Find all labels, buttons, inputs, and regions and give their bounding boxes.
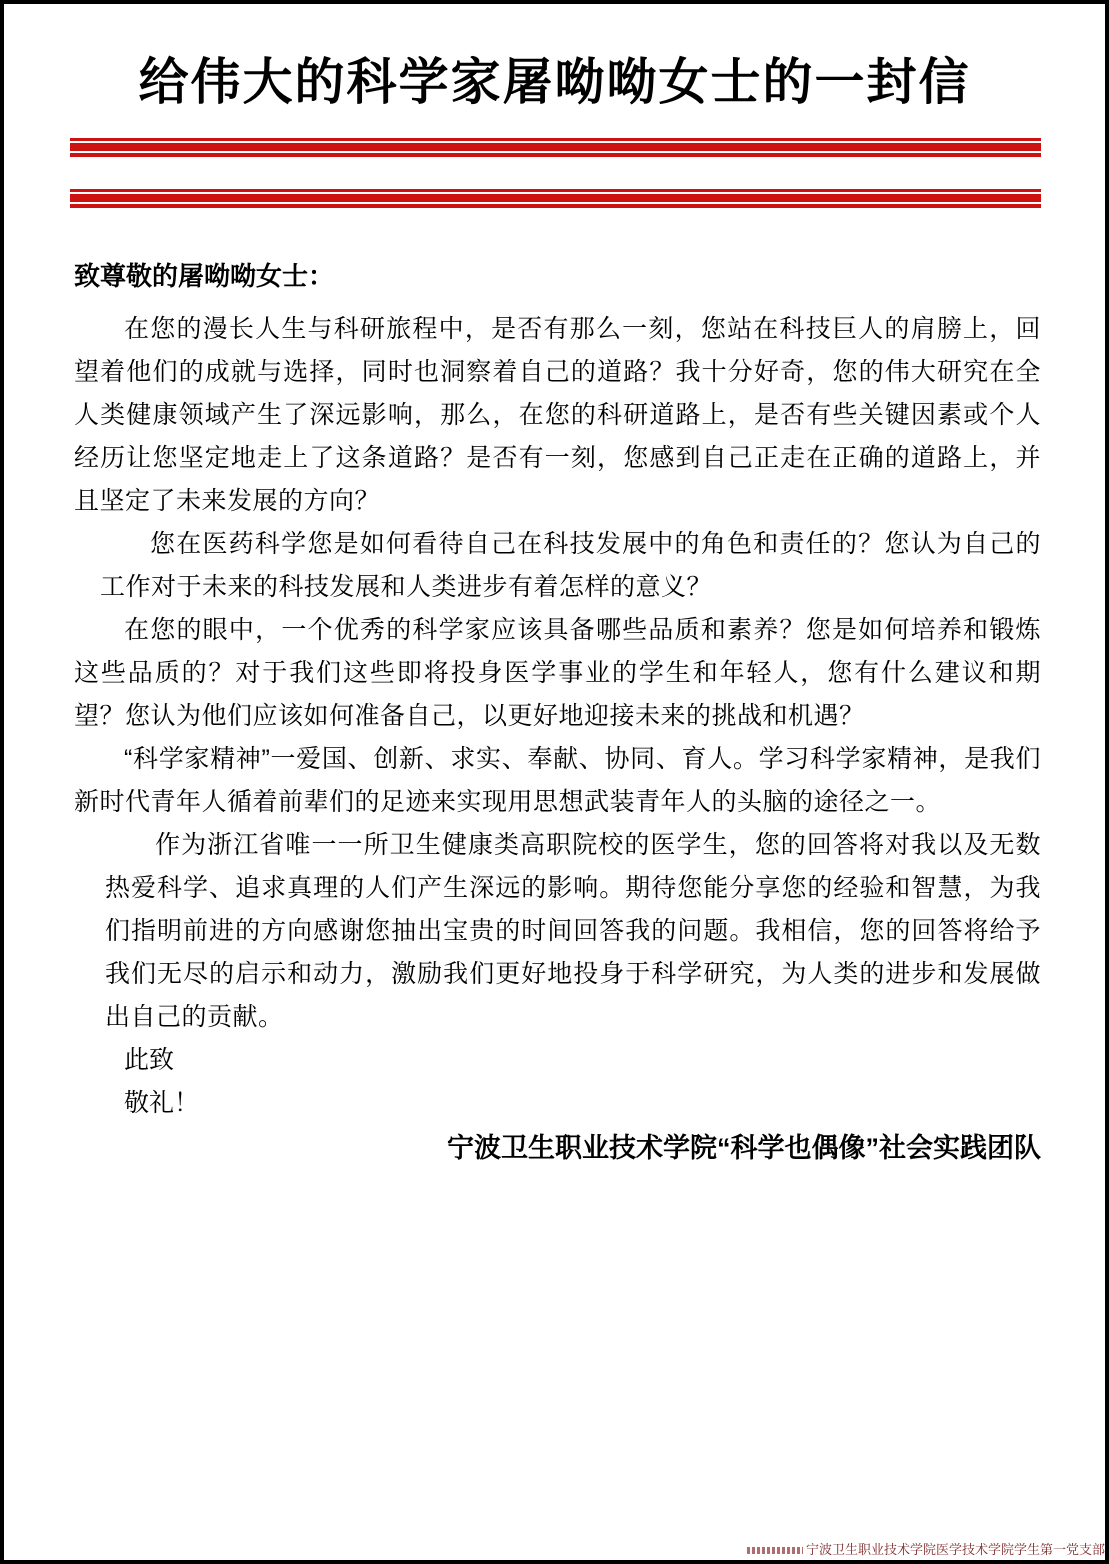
red-divider-bottom: [70, 189, 1041, 208]
signature-line: 宁波卫生职业技术学院“科学也偶像”社会实践团队: [74, 1127, 1041, 1170]
paragraph-5: 作为浙江省唯一一所卫生健康类高职院校的医学生，您的回答将对我以及无数热爱科学、追…: [105, 824, 1041, 1039]
footer-micro-text: [747, 1547, 803, 1554]
closing-cizhi: 此致: [74, 1039, 1041, 1082]
paragraphs-block: 在您的漫长人生与科研旅程中，是否有那么一刻，您站在科技巨人的肩膀上，回望着他们的…: [74, 308, 1041, 1039]
paragraph-2: 您在医药科学您是如何看待自己在科技发展中的角色和责任的？您认为自己的工作对于未来…: [100, 523, 1041, 609]
page-title: 给伟大的科学家屠呦呦女士的一封信: [34, 52, 1075, 112]
divider-stripe: [70, 194, 1041, 202]
paragraph-3: 在您的眼中，一个优秀的科学家应该具备哪些品质和素养？您是如何培养和锻炼这些品质的…: [74, 609, 1041, 738]
letter-body: 致尊敬的屠呦呦女士： 在您的漫长人生与科研旅程中，是否有那么一刻，您站在科技巨人…: [74, 258, 1041, 1170]
divider-stripe: [70, 143, 1041, 151]
title-divider-area: [70, 138, 1041, 208]
closing-jingli: 敬礼！: [74, 1082, 1041, 1125]
footer-stamp-line: 宁波卫生职业技术学院医学技术学院学生第一党支部: [747, 1543, 1105, 1557]
divider-stripe: [70, 153, 1041, 157]
red-divider-top: [70, 138, 1041, 157]
footer-text: 宁波卫生职业技术学院医学技术学院学生第一党支部: [806, 1542, 1105, 1557]
paragraph-1: 在您的漫长人生与科研旅程中，是否有那么一刻，您站在科技巨人的肩膀上，回望着他们的…: [74, 308, 1041, 523]
letter-page: 给伟大的科学家屠呦呦女士的一封信 致尊敬的屠呦呦女士： 在您的漫长人生与科研旅程…: [0, 0, 1109, 1564]
salutation: 致尊敬的屠呦呦女士：: [74, 258, 1041, 294]
paragraph-4: “科学家精神”一爱国、创新、求实、奉献、协同、育人。学习科学家精神，是我们新时代…: [74, 738, 1041, 824]
divider-stripe: [70, 204, 1041, 208]
